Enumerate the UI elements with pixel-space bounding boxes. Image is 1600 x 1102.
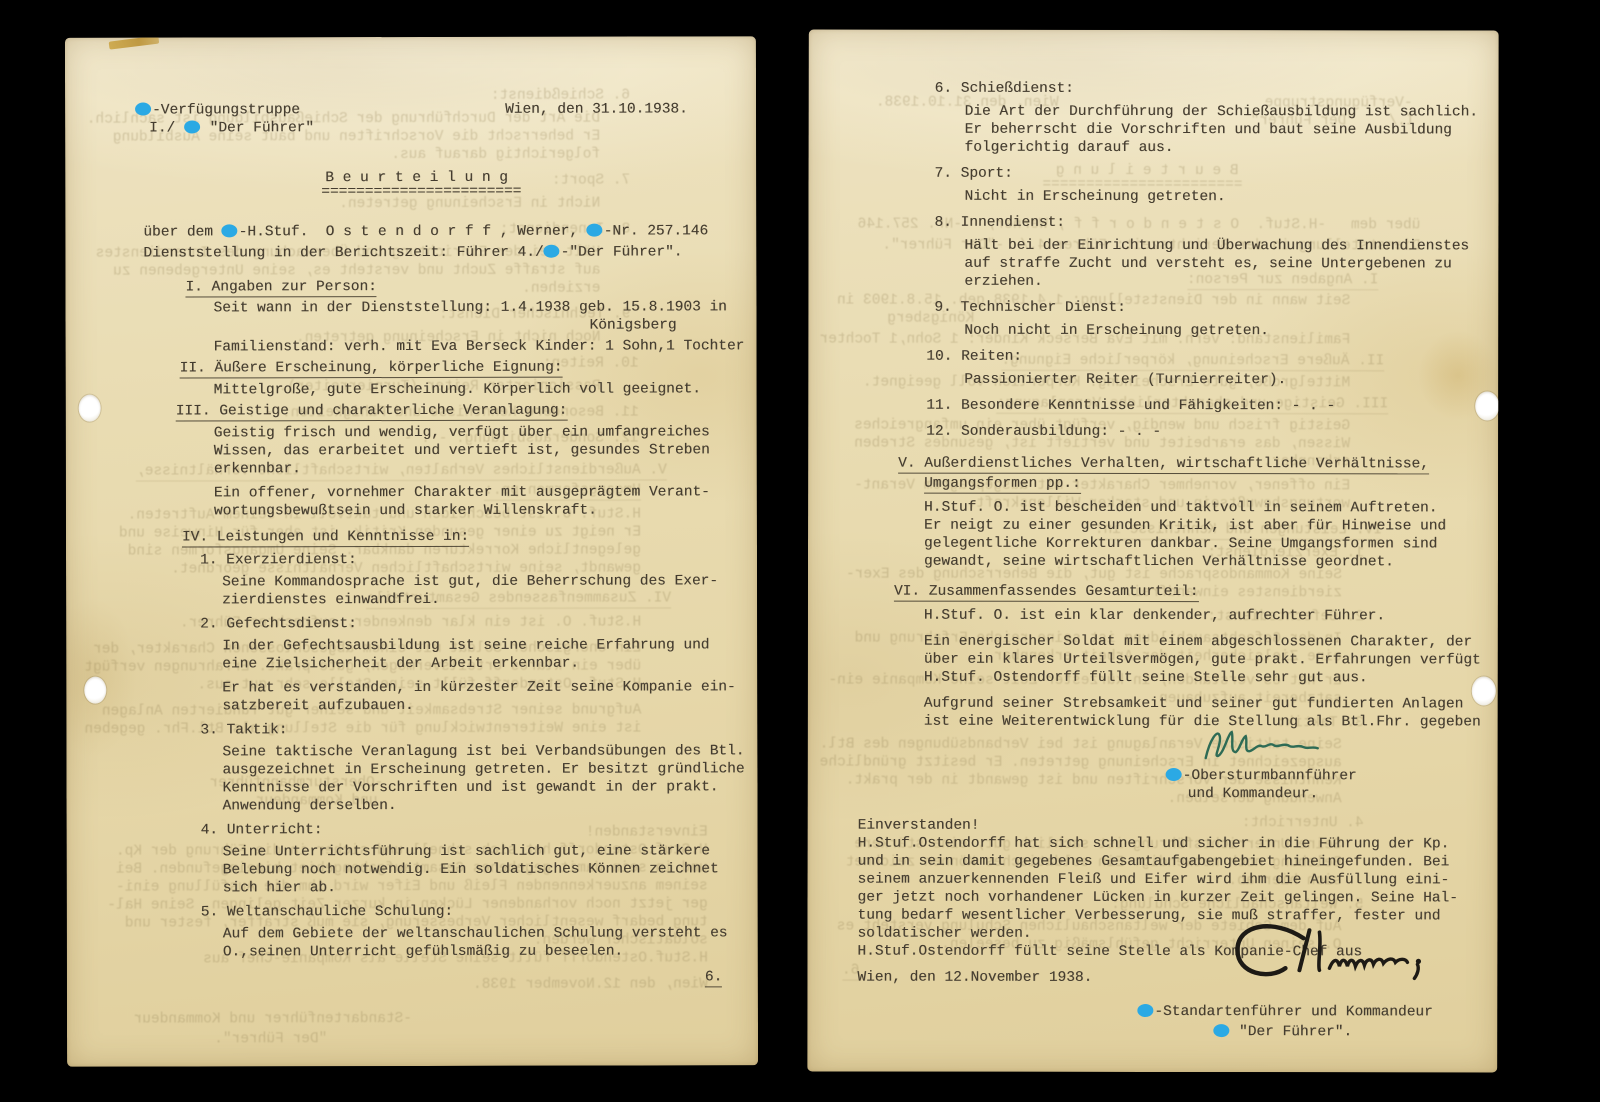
underlined-heading: I. Angaben zur Person: <box>185 279 376 297</box>
typewritten-text: und Kommandeur. <box>1188 786 1319 802</box>
typewritten-text: -"Der Führer". <box>561 244 683 260</box>
text-line: Familienstand: verh. mit Eva Berseck Kin… <box>214 337 757 356</box>
censor-dot-icon <box>1213 1024 1229 1037</box>
text-line: auf straffe Zucht und versteht es, seine… <box>964 255 1498 274</box>
typewritten-text: I./ <box>149 120 184 136</box>
text-line: 10. Reiten: <box>926 348 1498 367</box>
text-line: Königsberg <box>590 316 757 334</box>
underlined-heading: Umgangsformen pp.: <box>924 476 1081 494</box>
text-line: sich hier ab. <box>223 878 758 897</box>
text-line: über ein klares Urteilsvermögen, gute pr… <box>924 651 1498 670</box>
text-line: 7. Sport: <box>935 165 1499 184</box>
punch-hole <box>79 395 101 422</box>
punch-hole <box>1475 391 1499 420</box>
typewritten-text: Aufgrund seiner Strebsamkeit und seiner … <box>924 696 1464 713</box>
underlined-heading: IV. Leistungen und Kenntnisse in: <box>182 529 469 548</box>
censor-dot-icon <box>1137 1004 1153 1017</box>
typewritten-text: Mittelgroße, gute Erscheinung. Körperlic… <box>214 381 701 398</box>
text-line: 5. Weltanschauliche Schulung: <box>201 902 758 921</box>
text-line: gewandt, seine wirtschaftlichen Verhältn… <box>924 553 1498 572</box>
typewritten-text: 9. Technischer Dienst: <box>934 300 1125 316</box>
typewritten-text: und in sein damit gegebenes Gesamtaufgab… <box>858 854 1450 871</box>
text-line: Anwendung derselben. <box>223 796 758 815</box>
scanned-document-on-black-background: 6. Schießdienst:Die Art der Durchführung… <box>0 0 1600 1102</box>
typewritten-text: O.,seinen Unterricht gefühlsmäßig zu bes… <box>223 944 623 961</box>
text-line: erziehen. <box>964 273 1498 292</box>
text-line: ausgezeichnet in Erscheinung getreten. E… <box>222 760 757 779</box>
typewritten-text: Geistig frisch und wendig, verfügt über … <box>214 424 710 441</box>
typewritten-text: satzbereit aufzubauen. <box>222 698 413 714</box>
text-line: "Der Führer". <box>1213 1023 1497 1041</box>
text-line: Seine Unterrichtsführung ist sachlich gu… <box>223 842 758 861</box>
text-line: 2. Gefechtsdienst: <box>200 614 757 633</box>
text-line: 6. <box>705 968 758 986</box>
typewritten-text: 11. Besondere Kenntnisse und Fähigkeiten… <box>926 398 1335 415</box>
typewritten-text: erziehen. <box>964 274 1042 290</box>
text-line: gelegentliche Korrekturen dankbar. Seine… <box>924 535 1498 554</box>
typewritten-text: 10. Reiten: <box>926 349 1022 365</box>
text-line: wortungsbewußtsein und starker Willenskr… <box>214 501 757 520</box>
typewritten-text: -Verfügungstruppe <box>152 102 300 118</box>
typewritten-text: ger jetzt noch vorhandener Lücken in kur… <box>858 890 1458 907</box>
typewritten-text: 8. Innendienst: <box>934 215 1065 231</box>
typewritten-text: H.Stuf. O. ist bescheiden und taktvoll i… <box>924 500 1437 517</box>
text-line: 1. Exerzierdienst: <box>200 550 757 569</box>
typewritten-text: Einverstanden! <box>858 818 980 834</box>
typewritten-text: Familienstand: verh. mit Eva Berseck Kin… <box>214 338 745 355</box>
text-line: seinem anzuerkennenden Fleiß und Eifer w… <box>858 871 1498 890</box>
typewritten-text: Königsberg <box>590 317 677 333</box>
text-line: H.Stuf. Ostendorff füllt seine Stelle se… <box>924 669 1498 688</box>
text-line: IV. Leistungen und Kenntnisse in: <box>182 527 757 546</box>
underlined-heading: 6. <box>705 969 722 987</box>
text-line: Passionierter Reiter (Turnierreiter). <box>964 371 1498 390</box>
signature-green-ink <box>1196 724 1331 768</box>
text-line: H.Stuf. O. ist bescheiden und taktvoll i… <box>924 499 1498 518</box>
censor-dot-icon <box>587 224 603 237</box>
censor-dot-icon <box>135 103 151 116</box>
underlined-heading: V. Außerdienstliches Verhalten, wirtscha… <box>898 456 1429 475</box>
typewritten-text: Passionierter Reiter (Turnierreiter). <box>964 372 1286 388</box>
text-line: über dem -H.Stuf. O s t e n d o r f f , … <box>143 222 756 241</box>
document-page-left: 6. Schießdienst:Die Art der Durchführung… <box>65 36 758 1066</box>
typewritten-text: erkennbar. <box>214 461 301 477</box>
text-line: Umgangsformen pp.: <box>924 475 1498 494</box>
typewritten-text: sich hier ab. <box>223 880 336 896</box>
underlined-heading: III. Geistige und charakterliche Veranla… <box>176 403 568 422</box>
typewritten-text: -Standartenführer und Kommandeur <box>1154 1004 1432 1020</box>
typewritten-text: Wien, den 12.November 1938. <box>857 970 1092 986</box>
text-line: ======================= <box>321 182 756 201</box>
underlined-heading: VI. Zusammenfassendes Gesamturteil: <box>894 584 1199 602</box>
punch-hole <box>84 677 106 704</box>
typewritten-text: 1. Exerzierdienst: <box>200 552 357 568</box>
typewritten-text: seinem anzuerkennenden Fleiß und Eifer w… <box>858 872 1450 889</box>
text-line: Seit wann in der Dienststellung: 1.4.193… <box>213 298 756 317</box>
text-line: 11. Besondere Kenntnisse und Fähigkeiten… <box>926 397 1498 416</box>
typewritten-text: Seine Kommandosprache ist gut, die Beher… <box>222 573 718 590</box>
typewritten-text: ======================= <box>321 184 521 200</box>
text-line: Ein offener, vornehmer Charakter mit aus… <box>214 483 757 502</box>
text-line: II. Äußere Erscheinung, körperliche Eign… <box>180 358 757 377</box>
typewritten-text: folgerichtig darauf aus. <box>965 140 1174 156</box>
document-page-right: -VerfügungstruppeWien, den 31.10.1938.I.… <box>807 30 1498 1073</box>
typewritten-text: Er neigt zu einer gesunden Kritik, ist a… <box>924 518 1446 535</box>
text-line: und in sein damit gegebenes Gesamtaufgab… <box>858 853 1498 872</box>
typewritten-text: 6. Schießdienst: <box>935 81 1074 97</box>
typewritten-text: Wissen, das erarbeitet und vertieft ist,… <box>214 442 710 459</box>
typewritten-text: Kenntnisse der Vorschriften und ist gewa… <box>222 779 718 796</box>
text-line: ger jetzt noch vorhandener Lücken in kur… <box>858 889 1498 908</box>
typewritten-text: Belebung noch notwendig. Ein soldatische… <box>223 861 719 878</box>
text-line: -Standartenführer und Kommandeur <box>1137 1003 1497 1022</box>
typewritten-text: Seine taktische Veranlagung ist bei Verb… <box>222 743 744 760</box>
typewritten-text: Die Art der Durchführung der Schießausbi… <box>965 104 1478 121</box>
typewritten-text: 3. Taktik: <box>200 722 287 738</box>
signature-black-ink <box>1225 916 1465 1004</box>
typewritten-text: Ein energischer Soldat mit einem abgesch… <box>924 634 1472 651</box>
typewritten-text: 12. Sonderausbildung: - . - <box>926 424 1161 440</box>
typewritten-text: Er hat es verstanden, in kürzester Zeit … <box>222 679 735 696</box>
text-line: VI. Zusammenfassendes Gesamturteil: <box>894 583 1498 602</box>
text-line: In der Gefechtsausbildung ist seine reic… <box>222 636 757 655</box>
typewritten-text: Noch nicht in Erscheinung getreten. <box>964 323 1269 339</box>
typewritten-text: soldatischer werden. <box>857 926 1031 942</box>
text-line: Einverstanden! <box>858 817 1498 836</box>
text-line: III. Geistige und charakterliche Veranla… <box>176 401 757 420</box>
text-line: I. Angaben zur Person: <box>185 277 756 296</box>
typewritten-text: Er beherrscht die Vorschriften und baut … <box>965 122 1452 139</box>
typewritten-text: 5. Weltanschauliche Schulung: <box>201 904 453 921</box>
typewritten-text: über dem <box>143 224 221 240</box>
text-line: 12. Sonderausbildung: - . - <box>926 423 1498 442</box>
text-line: Seine taktische Veranlagung ist bei Verb… <box>222 742 757 761</box>
text-line: folgerichtig darauf aus. <box>965 139 1499 158</box>
typewritten-text: In der Gefechtsausbildung ist seine reic… <box>222 637 709 654</box>
typewritten-text: eine Zielsicherheit der Arbeit erkennbar… <box>222 656 579 673</box>
text-line: Geistig frisch und wendig, verfügt über … <box>214 423 757 442</box>
typewritten-text: H.Stuf. O. ist ein klar denkender, aufre… <box>924 608 1385 625</box>
text-line: eine Zielsicherheit der Arbeit erkennbar… <box>222 654 757 673</box>
typewritten-text: Auf dem Gebiete der weltanschaulichen Sc… <box>223 925 728 942</box>
typewritten-text: über ein klares Urteilsvermögen, gute pr… <box>924 652 1481 669</box>
typewritten-text: H.Stuf. Ostendorff füllt seine Stelle se… <box>924 670 1368 687</box>
text-line: Kenntnisse der Vorschriften und ist gewa… <box>222 778 757 797</box>
typewritten-text: auf straffe Zucht und versteht es, seine… <box>964 256 1451 273</box>
typewritten-text: gewandt, seine wirtschaftlichen Verhältn… <box>924 554 1394 571</box>
typewritten-text: 7. Sport: <box>935 166 1013 182</box>
text-line: Aufgrund seiner Strebsamkeit und seiner … <box>924 695 1498 714</box>
typewritten-text-left: -VerfügungstruppeWien, den 31.10.1938.I.… <box>65 36 758 1066</box>
typewritten-text: Seine Unterrichtsführung ist sachlich gu… <box>223 843 710 860</box>
censor-dot-icon <box>222 224 238 237</box>
typewritten-text: zierdienstes einwandfrei. <box>222 592 440 608</box>
typewritten-text: Seit wann in der Dienststellung: 1.4.193… <box>213 299 726 316</box>
text-line: Er hat es verstanden, in kürzester Zeit … <box>222 678 757 697</box>
typewritten-text: Wien, den 31.10.1938. <box>505 101 688 117</box>
text-line: 8. Innendienst: <box>934 214 1498 233</box>
text-line: Die Art der Durchführung der Schießausbi… <box>965 103 1499 122</box>
text-line: Hält bei der Einrichtung und Überwachung… <box>964 237 1498 256</box>
text-line: 9. Technischer Dienst: <box>934 299 1498 318</box>
text-line: Auf dem Gebiete der weltanschaulichen Sc… <box>223 924 758 943</box>
text-line: Belebung noch notwendig. Ein soldatische… <box>223 860 758 879</box>
text-line: Er beherrscht die Vorschriften und baut … <box>965 121 1499 140</box>
typewritten-text: Nicht in Erscheinung getreten. <box>964 189 1225 205</box>
text-line: Mittelgroße, gute Erscheinung. Körperlic… <box>214 380 757 399</box>
punch-hole <box>1472 676 1496 705</box>
typewritten-text: "Der Führer" <box>201 120 314 136</box>
text-line: Dienststellung in der Berichtszeit: Führ… <box>143 243 756 262</box>
text-line: -Obersturmbannführer <box>1166 767 1498 785</box>
text-line: I./ "Der Führer" <box>149 118 756 137</box>
text-line: Er neigt zu einer gesunden Kritik, ist a… <box>924 517 1498 536</box>
typewritten-text: Dienststellung in der Berichtszeit: Führ… <box>143 245 543 262</box>
typewritten-text: Anwendung derselben. <box>223 798 397 814</box>
typewritten-text: -H.Stuf. O s t e n d o r f f , Werner, <box>239 224 587 241</box>
typewritten-text: "Der Führer". <box>1230 1024 1352 1040</box>
text-line: satzbereit aufzubauen. <box>222 696 757 715</box>
text-line: und Kommandeur. <box>1188 785 1498 803</box>
typewritten-text: 2. Gefechtsdienst: <box>200 616 357 632</box>
typewritten-text: ausgezeichnet in Erscheinung getreten. E… <box>222 761 744 778</box>
text-line: Ein energischer Soldat mit einem abgesch… <box>924 633 1498 652</box>
text-line: 4. Unterricht: <box>201 820 758 839</box>
text-line: Nicht in Erscheinung getreten. <box>964 188 1498 207</box>
text-line: erkennbar. <box>214 459 757 478</box>
text-line: Noch nicht in Erscheinung getreten. <box>964 322 1498 341</box>
censor-dot-icon <box>544 245 560 258</box>
text-line: V. Außerdienstliches Verhalten, wirtscha… <box>898 455 1498 474</box>
typewritten-text: Ein offener, vornehmer Charakter mit aus… <box>214 484 710 501</box>
typewritten-text: -Obersturmbannführer <box>1183 768 1357 784</box>
text-line: H.Stuf.Ostendorff hat sich schnell und s… <box>858 835 1498 854</box>
text-line: zierdienstes einwandfrei. <box>222 590 757 609</box>
text-line: 6. Schießdienst: <box>935 80 1499 99</box>
censor-dot-icon <box>1166 768 1182 781</box>
typewritten-text: H.Stuf.Ostendorff hat sich schnell und s… <box>858 836 1450 853</box>
text-line: 3. Taktik: <box>200 720 757 739</box>
typewritten-text: Hält bei der Einrichtung und Überwachung… <box>964 238 1469 255</box>
censor-dot-icon <box>184 120 200 133</box>
text-line: Wissen, das erarbeitet und vertieft ist,… <box>214 441 757 460</box>
text-line: H.Stuf. O. ist ein klar denkender, aufre… <box>924 607 1498 626</box>
typewritten-text: 4. Unterricht: <box>201 822 323 838</box>
underlined-heading: II. Äußere Erscheinung, körperliche Eign… <box>180 360 563 379</box>
typewritten-text: -Nr. 257.146 <box>604 223 708 239</box>
text-line: Seine Kommandosprache ist gut, die Beher… <box>222 572 757 591</box>
text-line: Wien, den 31.10.1938. <box>505 100 756 119</box>
typewritten-text: gelegentliche Korrekturen dankbar. Seine… <box>924 536 1437 553</box>
typewritten-text: wortungsbewußtsein und starker Willenskr… <box>214 503 597 520</box>
text-line: O.,seinen Unterricht gefühlsmäßig zu bes… <box>223 942 758 961</box>
